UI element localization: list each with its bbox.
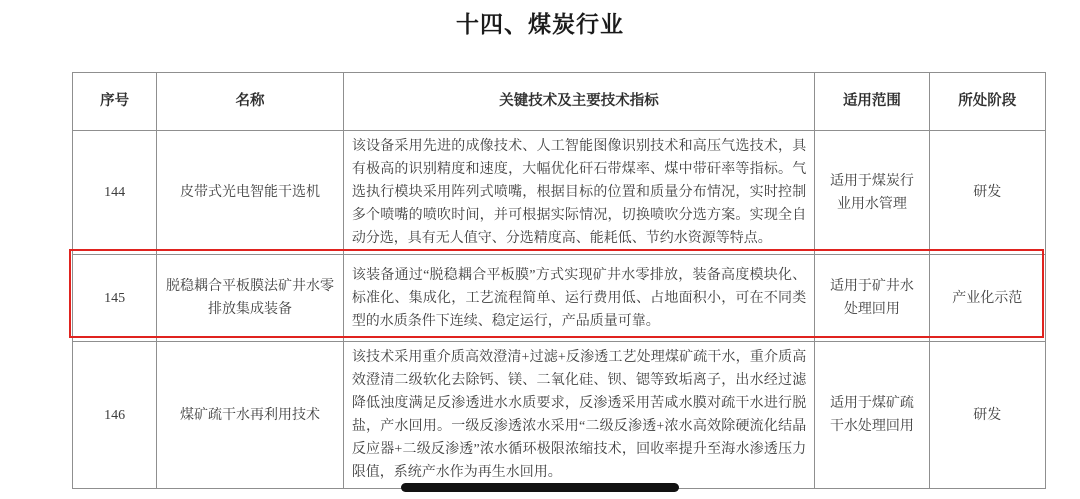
row-tech-cell: 该技术采用重介质高效澄清+过滤+反渗透工艺处理煤矿疏干水，重介质高效澄清二级软化… (343, 342, 814, 489)
row-no-cell: 146 (73, 342, 157, 489)
document-page: 十四、煤炭行业 序号 名称 关键技术及主要技术指标 适用范围 所处阶段 144 … (0, 0, 1080, 499)
row-stage-cell: 研发 (929, 131, 1045, 255)
page-title: 十四、煤炭行业 (0, 6, 1080, 39)
header-name: 名称 (157, 73, 344, 131)
row-stage-cell: 产业化示范 (929, 255, 1045, 342)
home-indicator-bar (401, 483, 679, 492)
row-name-cell: 脱稳耦合平板膜法矿井水零排放集成装备 (157, 255, 344, 342)
table-row-145-highlighted: 145 脱稳耦合平板膜法矿井水零排放集成装备 该装备通过“脱稳耦合平板膜”方式实… (73, 255, 1046, 342)
row-no-cell: 145 (73, 255, 157, 342)
table-row-146: 146 煤矿疏干水再利用技术 该技术采用重介质高效澄清+过滤+反渗透工艺处理煤矿… (73, 342, 1046, 489)
row-tech-cell: 该设备采用先进的成像技术、人工智能图像识别技术和高压气选技术，具有极高的识别精度… (343, 131, 814, 255)
row-no-cell: 144 (73, 131, 157, 255)
header-tech: 关键技术及主要技术指标 (343, 73, 814, 131)
row-scope-cell: 适用于煤矿疏干水处理回用 (815, 342, 929, 489)
row-scope-cell: 适用于矿井水处理回用 (815, 255, 929, 342)
technology-table: 序号 名称 关键技术及主要技术指标 适用范围 所处阶段 144 皮带式光电智能干… (72, 72, 1046, 489)
header-scope: 适用范围 (815, 73, 929, 131)
header-no: 序号 (73, 73, 157, 131)
row-name-cell: 煤矿疏干水再利用技术 (157, 342, 344, 489)
table-row-144: 144 皮带式光电智能干选机 该设备采用先进的成像技术、人工智能图像识别技术和高… (73, 131, 1046, 255)
row-scope-cell: 适用于煤炭行业用水管理 (815, 131, 929, 255)
table-header-row: 序号 名称 关键技术及主要技术指标 适用范围 所处阶段 (73, 73, 1046, 131)
row-tech-cell: 该装备通过“脱稳耦合平板膜”方式实现矿井水零排放，装备高度模块化、标准化、集成化… (343, 255, 814, 342)
row-name-cell: 皮带式光电智能干选机 (157, 131, 344, 255)
header-stage: 所处阶段 (929, 73, 1045, 131)
row-stage-cell: 研发 (929, 342, 1045, 489)
